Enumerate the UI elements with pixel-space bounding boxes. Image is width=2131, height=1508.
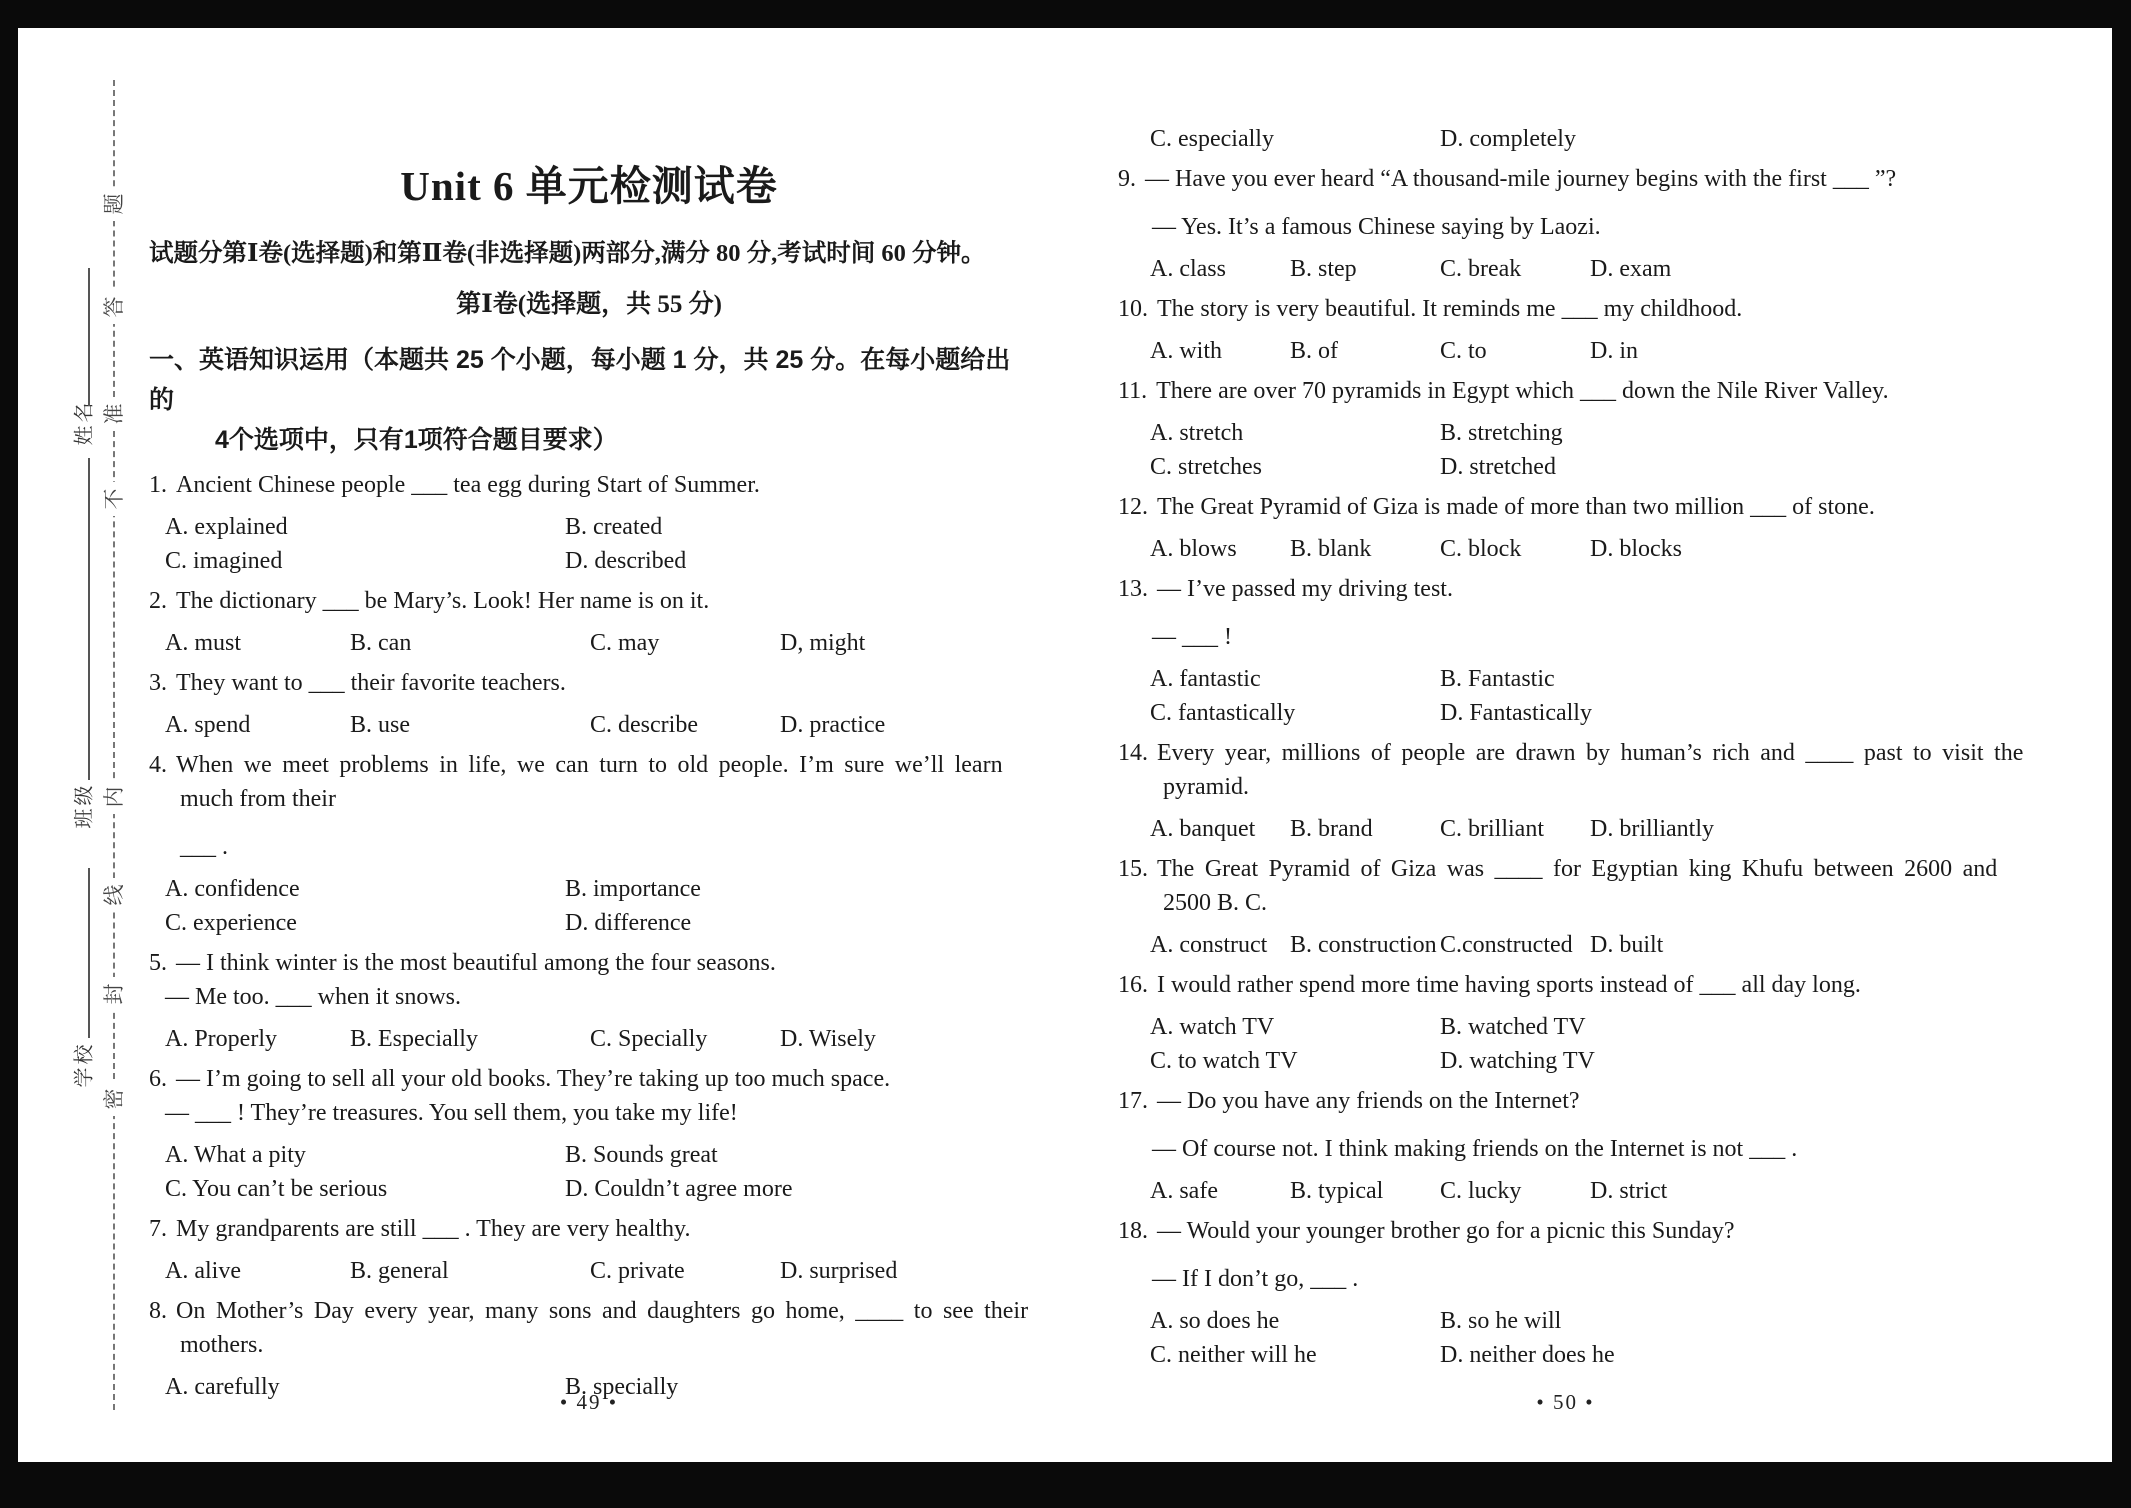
option-item: D. strict [1590, 1174, 2013, 1208]
option-item: B. blank [1290, 532, 1440, 566]
question: 4.When we meet problems in life, we can … [149, 748, 1029, 940]
option-item: C.constructed [1440, 928, 1590, 962]
question-number: 4. [149, 748, 167, 782]
option-item: C. to [1440, 334, 1590, 368]
margin-field-label: 班级 [68, 780, 97, 832]
option-row: A. constructB. constructionC.constructed… [1118, 928, 2013, 962]
option-item: B. so he will [1440, 1304, 2013, 1338]
question-number: 8. [149, 1294, 167, 1328]
option-row: A. so does heB. so he willC. neither wil… [1118, 1304, 2013, 1372]
left-page: Unit 6 单元检测试卷 试题分第Ⅰ卷(选择题)和第Ⅱ卷(非选择题)两部分,满… [149, 158, 1029, 1410]
question-text-line: pyramid. [1118, 770, 2013, 804]
option-item: B. step [1290, 252, 1440, 286]
option-row: A. What a pityB. Sounds greatC. You can’… [149, 1138, 1029, 1206]
option-row: A. classB. stepC. breakD. exam [1118, 252, 2013, 286]
question: 3.They want to ___ their favorite teache… [149, 666, 1029, 742]
page-title: Unit 6 单元检测试卷 [149, 158, 1029, 214]
option-item: A. confidence [165, 872, 565, 906]
option-item: D. blocks [1590, 532, 2013, 566]
option-item: D. practice [780, 708, 1029, 742]
page-number-left: • 49 • [149, 1390, 1029, 1415]
question-number: 1. [149, 468, 167, 502]
option-item: B. Fantastic [1440, 662, 2013, 696]
question-text-line: 15.The Great Pyramid of Giza was ____ fo… [1118, 852, 2013, 886]
question-number: 3. [149, 666, 167, 700]
option-row: A. mustB. canC. mayD, might [149, 626, 1029, 660]
question-text-line: 10.The story is very beautiful. It remin… [1118, 292, 2013, 326]
option-item: C. fantastically [1150, 696, 1440, 730]
question-text-line: — Me too. ___ when it snows. [149, 980, 1029, 1014]
option-row: A. banquetB. brandC. brilliantD. brillia… [1118, 812, 2013, 846]
screenshot-root: { "margin": { "seal_chars": [ {"ch": "题"… [0, 0, 2131, 1508]
question: 14.Every year, millions of people are dr… [1118, 736, 2013, 846]
question: 10.The story is very beautiful. It remin… [1118, 292, 2013, 368]
question-number: 16. [1118, 968, 1148, 1002]
question: 7.My grandparents are still ___ . They a… [149, 1212, 1029, 1288]
option-item: B. can [350, 626, 590, 660]
question-text-line: 2500 B. C. [1118, 886, 2013, 920]
option-row: A. stretchB. stretchingC. stretchesD. st… [1118, 416, 2013, 484]
option-row: A. confidenceB. importanceC. experienceD… [149, 872, 1029, 940]
option-item: A. watch TV [1150, 1010, 1440, 1044]
question-text-line: 16.I would rather spend more time having… [1118, 968, 2013, 1002]
question-text-line: mothers. [149, 1328, 1029, 1362]
question-number: 12. [1118, 490, 1148, 524]
question-number: 7. [149, 1212, 167, 1246]
option-row: A. safeB. typicalC. luckyD. strict [1118, 1174, 2013, 1208]
margin-fill-line [88, 268, 90, 406]
seal-text-char: 密 [97, 1082, 131, 1116]
option-item: C. to watch TV [1150, 1044, 1440, 1078]
question-number: 14. [1118, 736, 1148, 770]
question-text-line: ___ . [149, 830, 1029, 864]
option-item: B. brand [1290, 812, 1440, 846]
option-row: A. ProperlyB. EspeciallyC. SpeciallyD. W… [149, 1022, 1029, 1056]
question-text-line: — Yes. It’s a famous Chinese saying by L… [1118, 210, 2013, 244]
question-text-line: 13.— I’ve passed my driving test. [1118, 572, 2013, 606]
question-number: 18. [1118, 1214, 1148, 1248]
question-text-line: — ___ ! [1118, 620, 2013, 654]
option-item: A. spend [165, 708, 350, 742]
option-item: D. in [1590, 334, 2013, 368]
question-number: 10. [1118, 292, 1148, 326]
question-text-line: 9.— Have you ever heard “A thousand-mile… [1118, 162, 2013, 196]
option-item: A. banquet [1150, 812, 1290, 846]
question-number: 5. [149, 946, 167, 980]
question-number: 17. [1118, 1084, 1148, 1118]
option-row: C. especiallyD. completely [1118, 122, 2013, 156]
question-text-line: — If I don’t go, ___ . [1118, 1262, 2013, 1296]
option-item: A. so does he [1150, 1304, 1440, 1338]
question: 11.There are over 70 pyramids in Egypt w… [1118, 374, 2013, 484]
section-heading: 一、英语知识运用（本题共 25 个小题，每小题 1 分，共 25 分。在每小题给… [149, 340, 1029, 460]
seal-text-char: 封 [97, 977, 131, 1011]
option-item: A. explained [165, 510, 565, 544]
option-item: B. use [350, 708, 590, 742]
question: 15.The Great Pyramid of Giza was ____ fo… [1118, 852, 2013, 962]
question: 5.— I think winter is the most beautiful… [149, 946, 1029, 1056]
option-row: A. spendB. useC. describeD. practice [149, 708, 1029, 742]
option-item: D. watching TV [1440, 1044, 2013, 1078]
option-item: A. stretch [1150, 416, 1440, 450]
seal-text-char: 答 [97, 290, 131, 324]
option-item: A. fantastic [1150, 662, 1440, 696]
seal-text-char: 线 [97, 878, 131, 912]
question-text-line: 8.On Mother’s Day every year, many sons … [149, 1294, 1029, 1328]
question-text-line: 6.— I’m going to sell all your old books… [149, 1062, 1029, 1096]
option-item: A. alive [165, 1254, 350, 1288]
question-text-line: 14.Every year, millions of people are dr… [1118, 736, 2013, 770]
question: 16.I would rather spend more time having… [1118, 968, 2013, 1078]
option-item: C. experience [165, 906, 565, 940]
question: 18.— Would your younger brother go for a… [1118, 1214, 2013, 1372]
option-row: A. watch TVB. watched TVC. to watch TVD.… [1118, 1010, 2013, 1078]
option-item: C. especially [1150, 122, 1440, 156]
option-item: A. construct [1150, 928, 1290, 962]
option-item: C. describe [590, 708, 780, 742]
question-text-line: — Of course not. I think making friends … [1118, 1132, 2013, 1166]
option-item: C. break [1440, 252, 1590, 286]
question: 17.— Do you have any friends on the Inte… [1118, 1084, 2013, 1208]
option-item: D. exam [1590, 252, 2013, 286]
option-item: D. stretched [1440, 450, 2013, 484]
margin-fill-line [88, 458, 90, 780]
option-item: B. construction [1290, 928, 1440, 962]
question: 13.— I’ve passed my driving test.— ___ !… [1118, 572, 2013, 730]
option-item: B. stretching [1440, 416, 2013, 450]
seal-text-char: 准 [97, 397, 131, 431]
option-item: C. lucky [1440, 1174, 1590, 1208]
question: 9.— Have you ever heard “A thousand-mile… [1118, 162, 2013, 286]
option-item: B. general [350, 1254, 590, 1288]
option-item: C. brilliant [1440, 812, 1590, 846]
right-question-list: 9.— Have you ever heard “A thousand-mile… [1118, 162, 2013, 1372]
option-item: C. You can’t be serious [165, 1172, 565, 1206]
option-item: D. surprised [780, 1254, 1029, 1288]
option-item: D. Wisely [780, 1022, 1029, 1056]
page-number-right: • 50 • [1118, 1390, 2013, 1415]
question-number: 2. [149, 584, 167, 618]
margin-field-label: 姓名 [68, 397, 97, 449]
section-heading-line1: 一、英语知识运用（本题共 25 个小题，每小题 1 分，共 25 分。在每小题给… [149, 340, 1029, 420]
part1-heading: 第Ⅰ卷(选择题，共 55 分) [149, 286, 1029, 324]
option-item: C. stretches [1150, 450, 1440, 484]
seal-text-char: 题 [97, 187, 131, 221]
option-item: B. watched TV [1440, 1010, 2013, 1044]
question: 6.— I’m going to sell all your old books… [149, 1062, 1029, 1206]
question-text-line: 5.— I think winter is the most beautiful… [149, 946, 1029, 980]
question: 1.Ancient Chinese people ___ tea egg dur… [149, 468, 1029, 578]
question-number: 9. [1118, 162, 1136, 196]
option-item: D. difference [565, 906, 1029, 940]
option-item: A. class [1150, 252, 1290, 286]
option-item: B. importance [565, 872, 1029, 906]
option-item: D. described [565, 544, 1029, 578]
option-item: D. brilliantly [1590, 812, 2013, 846]
question-8-carryover-options: C. especiallyD. completely [1118, 122, 2013, 156]
option-item: B. typical [1290, 1174, 1440, 1208]
option-item: B. created [565, 510, 1029, 544]
question-text-line: 2.The dictionary ___ be Mary’s. Look! He… [149, 584, 1029, 618]
question: 8.On Mother’s Day every year, many sons … [149, 1294, 1029, 1404]
question-number: 6. [149, 1062, 167, 1096]
question-text-line: 17.— Do you have any friends on the Inte… [1118, 1084, 2013, 1118]
option-item: C. imagined [165, 544, 565, 578]
option-item: D. built [1590, 928, 2013, 962]
option-item: D. Fantastically [1440, 696, 2013, 730]
option-item: C. block [1440, 532, 1590, 566]
question-number: 11. [1118, 374, 1147, 408]
option-item: B. of [1290, 334, 1440, 368]
question-text-line: 12.The Great Pyramid of Giza is made of … [1118, 490, 2013, 524]
question-text-line: 4.When we meet problems in life, we can … [149, 748, 1029, 782]
option-row: A. explainedB. createdC. imaginedD. desc… [149, 510, 1029, 578]
option-item: C. neither will he [1150, 1338, 1440, 1372]
option-item: B. Sounds great [565, 1138, 1029, 1172]
option-item: C. Specially [590, 1022, 780, 1056]
option-item: D. Couldn’t agree more [565, 1172, 1029, 1206]
question-text-line: 1.Ancient Chinese people ___ tea egg dur… [149, 468, 1029, 502]
question-text-line: 7.My grandparents are still ___ . They a… [149, 1212, 1029, 1246]
option-item: A. safe [1150, 1174, 1290, 1208]
question-number: 13. [1118, 572, 1148, 606]
option-item: A. blows [1150, 532, 1290, 566]
option-item: A. What a pity [165, 1138, 565, 1172]
seal-text-char: 内 [97, 780, 131, 814]
option-row: A. fantasticB. FantasticC. fantastically… [1118, 662, 2013, 730]
margin-field-label: 学校 [68, 1039, 97, 1091]
option-item: A. must [165, 626, 350, 660]
option-item: B. Especially [350, 1022, 590, 1056]
option-item: A. Properly [165, 1022, 350, 1056]
question-text-line: much from their [149, 782, 1029, 816]
margin-fill-line [88, 868, 90, 1038]
question-number: 15. [1118, 852, 1148, 886]
seal-dashed-line [113, 80, 115, 1410]
question-text-line: 3.They want to ___ their favorite teache… [149, 666, 1029, 700]
section-heading-line2: 4个选项中，只有1项符合题目要求） [149, 420, 1029, 460]
exam-paper: 题答准不内线封密姓名班级学校 Unit 6 单元检测试卷 试题分第Ⅰ卷(选择题)… [18, 28, 2112, 1462]
question-text-line: — ___ ! They’re treasures. You sell them… [149, 1096, 1029, 1130]
option-row: A. aliveB. generalC. privateD. surprised [149, 1254, 1029, 1288]
question: 2.The dictionary ___ be Mary’s. Look! He… [149, 584, 1029, 660]
option-item: D, might [780, 626, 1029, 660]
option-item: D. neither does he [1440, 1338, 2013, 1372]
option-item: D. completely [1440, 122, 2013, 156]
option-row: A. withB. ofC. toD. in [1118, 334, 2013, 368]
option-row: A. blowsB. blankC. blockD. blocks [1118, 532, 2013, 566]
question-text-line: 18.— Would your younger brother go for a… [1118, 1214, 2013, 1248]
option-item: C. private [590, 1254, 780, 1288]
question: 12.The Great Pyramid of Giza is made of … [1118, 490, 2013, 566]
right-page: C. especiallyD. completely 9.— Have you … [1118, 114, 2013, 1378]
question-text-line: 11.There are over 70 pyramids in Egypt w… [1118, 374, 2013, 408]
seal-text-char: 不 [97, 482, 131, 516]
option-item: C. may [590, 626, 780, 660]
option-item: A. with [1150, 334, 1290, 368]
exam-intro: 试题分第Ⅰ卷(选择题)和第Ⅱ卷(非选择题)两部分,满分 80 分,考试时间 60… [149, 236, 1029, 272]
left-question-list: 1.Ancient Chinese people ___ tea egg dur… [149, 468, 1029, 1404]
